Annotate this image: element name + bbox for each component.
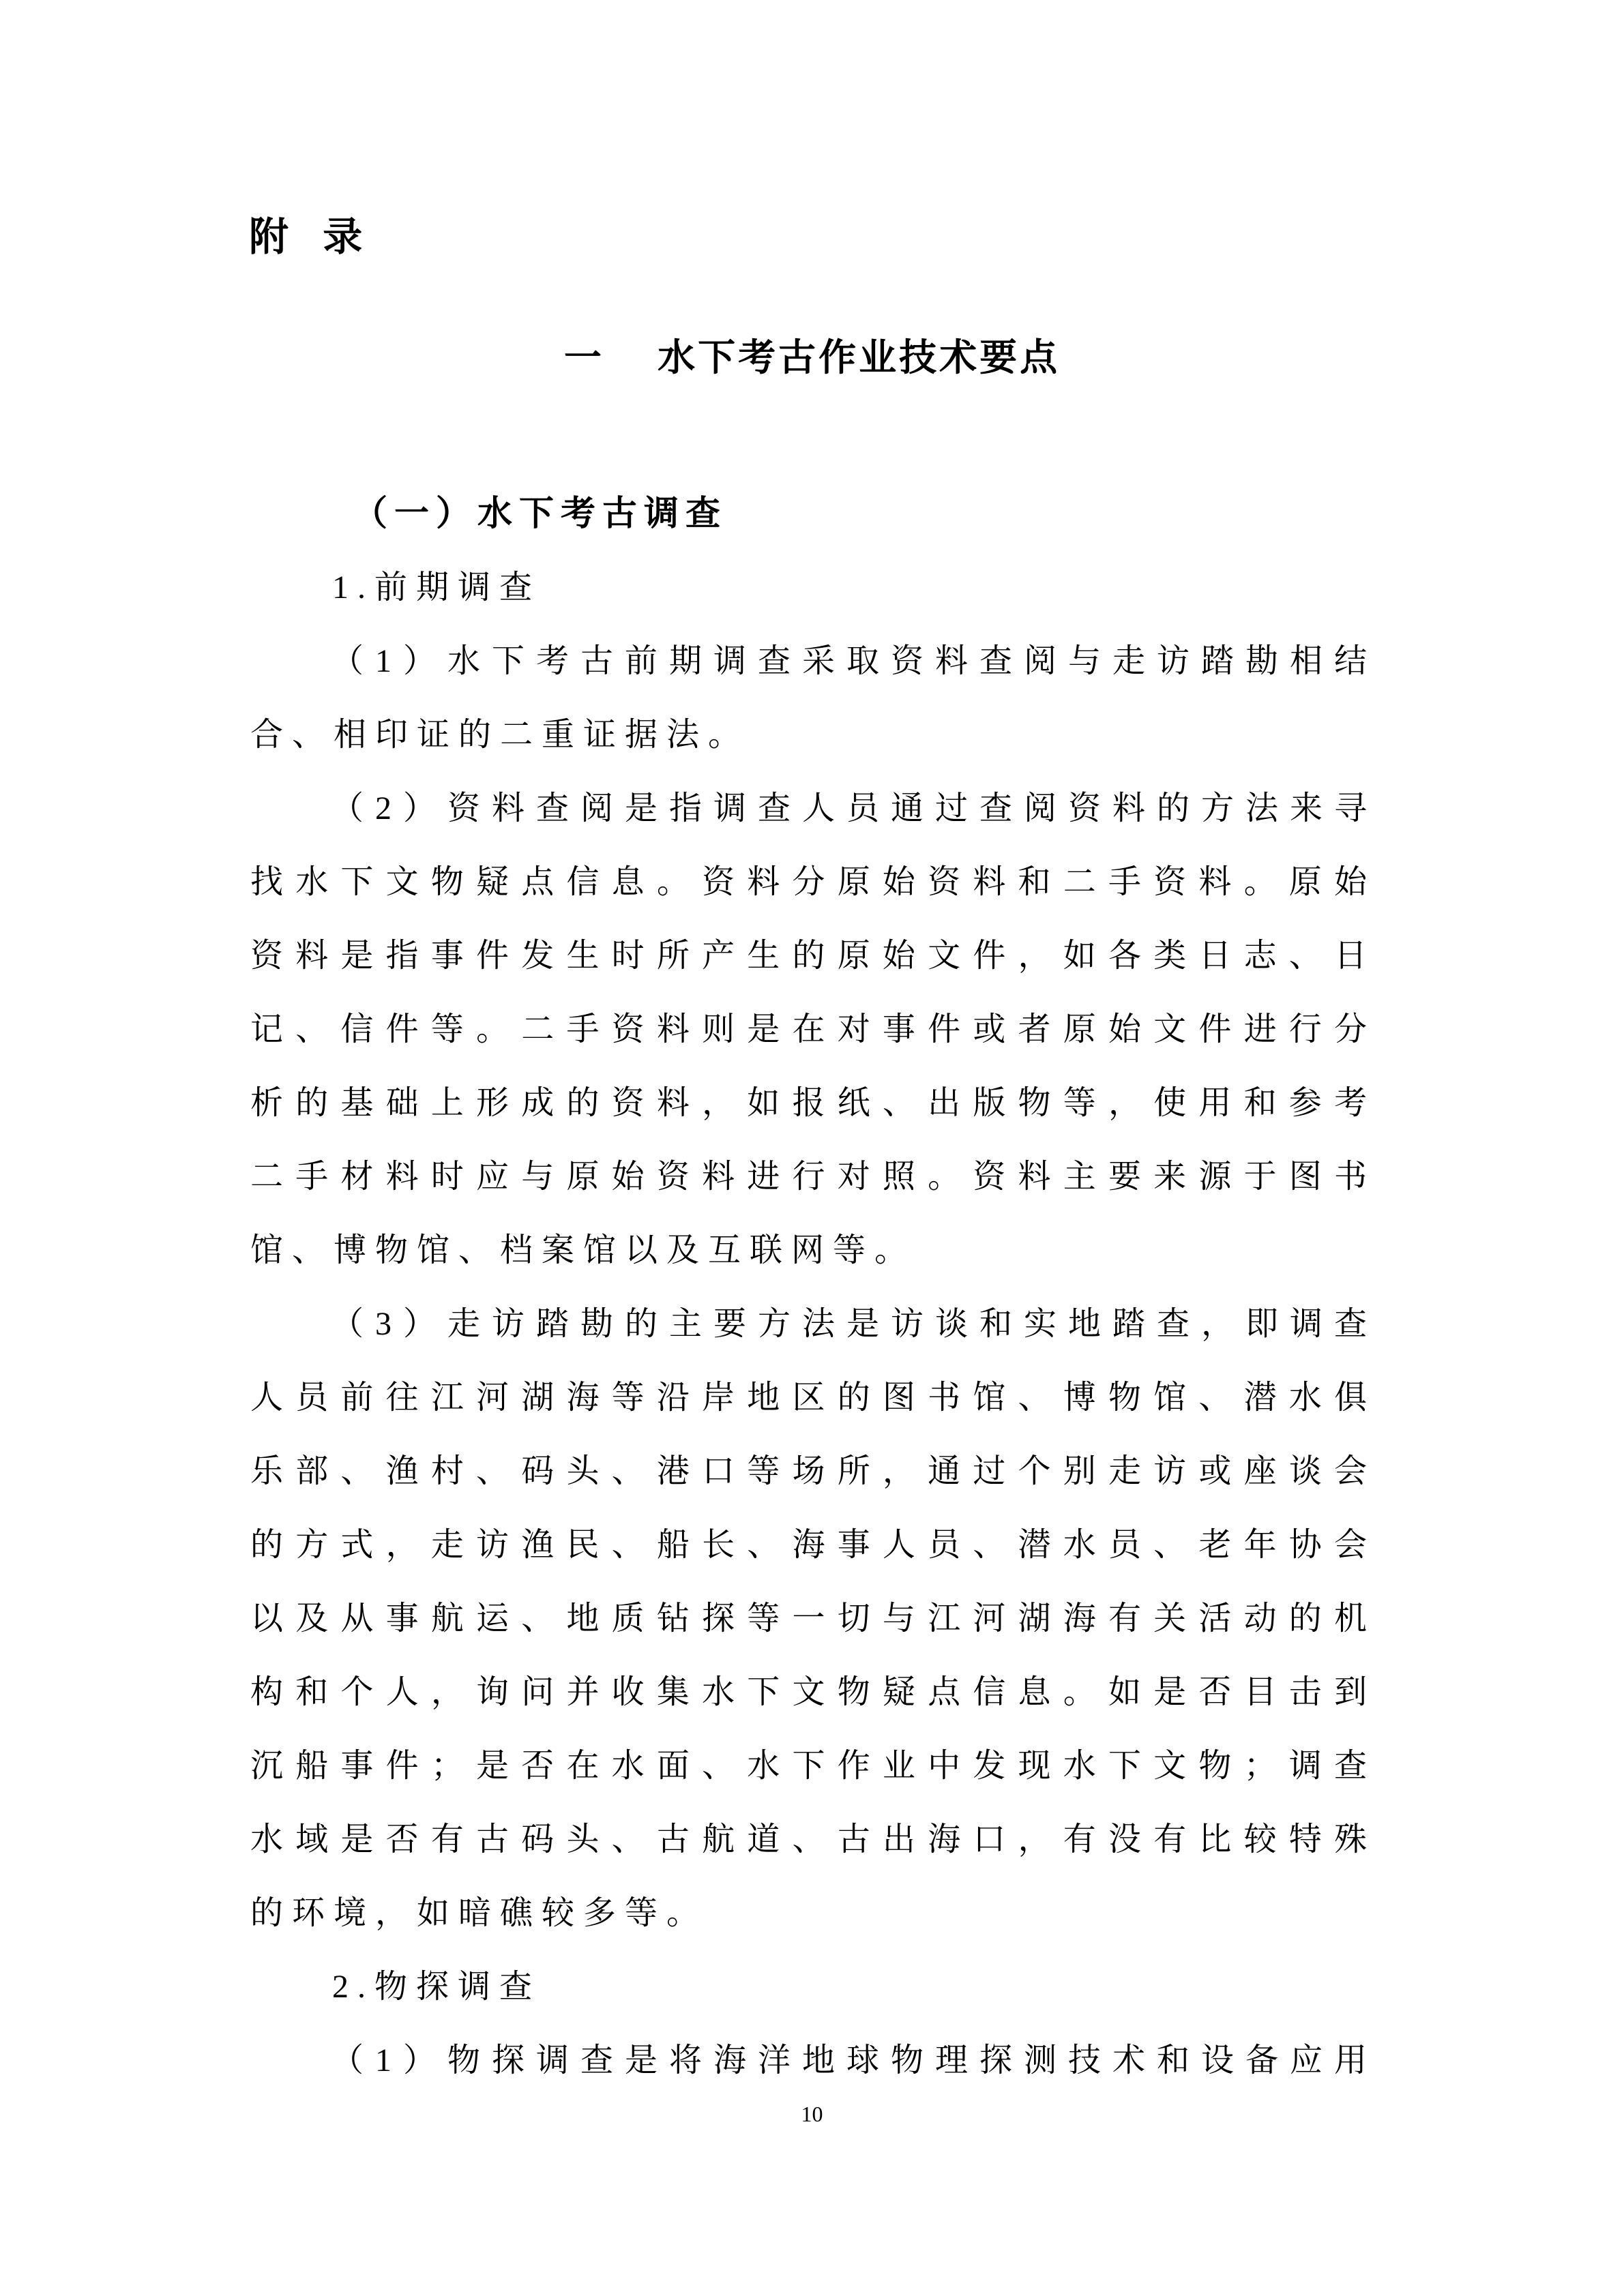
body-line: 资料是指事件发生时所产生的原始文件，如各类日志、日 xyxy=(250,919,1376,993)
subsection-heading-1: 1.前期调查 xyxy=(250,551,1376,625)
body-line: 找水下文物疑点信息。资料分原始资料和二手资料。原始 xyxy=(250,846,1376,919)
page-number: 10 xyxy=(0,2099,1624,2129)
body-line: （2）资料查阅是指调查人员通过查阅资料的方法来寻 xyxy=(250,772,1376,846)
body-line: （1）水下考古前期调查采取资料查阅与走访踏勘相结 xyxy=(250,625,1376,698)
body-line: 水域是否有古码头、古航道、古出海口，有没有比较特殊 xyxy=(250,1803,1376,1877)
document-page: 附 录 一 水下考古作业技术要点 （一）水下考古调查 1.前期调查 （1）水下考… xyxy=(0,0,1624,2296)
body-line: 构和个人，询问并收集水下文物疑点信息。如是否目击到 xyxy=(250,1656,1376,1729)
body-line: （3）走访踏勘的主要方法是访谈和实地踏查，即调查 xyxy=(250,1287,1376,1361)
body-line: 记、信件等。二手资料则是在对事件或者原始文件进行分 xyxy=(250,993,1376,1067)
subsection-heading-2: 2.物探调查 xyxy=(250,1950,1376,2024)
document-body: （一）水下考古调查 1.前期调查 （1）水下考古前期调查采取资料查阅与走访踏勘相… xyxy=(250,477,1376,2098)
body-line: 的方式，走访渔民、船长、海事人员、潜水员、老年协会 xyxy=(250,1508,1376,1582)
body-line: （1）物探调查是将海洋地球物理探测技术和设备应用 xyxy=(250,2024,1376,2098)
body-line: 合、相印证的二重证据法。 xyxy=(250,698,1376,772)
appendix-heading: 附 录 xyxy=(249,210,366,265)
body-line: 沉船事件；是否在水面、水下作业中发现水下文物；调查 xyxy=(250,1729,1376,1803)
document-title: 一 水下考古作业技术要点 xyxy=(0,331,1624,383)
section-heading: （一）水下考古调查 xyxy=(250,477,1376,551)
body-line: 馆、博物馆、档案馆以及互联网等。 xyxy=(250,1214,1376,1287)
body-line: 二手材料时应与原始资料进行对照。资料主要来源于图书 xyxy=(250,1140,1376,1214)
body-line: 的环境，如暗礁较多等。 xyxy=(250,1877,1376,1950)
body-line: 析的基础上形成的资料，如报纸、出版物等，使用和参考 xyxy=(250,1067,1376,1140)
body-line: 乐部、渔村、码头、港口等场所，通过个别走访或座谈会 xyxy=(250,1435,1376,1508)
body-line: 人员前往江河湖海等沿岸地区的图书馆、博物馆、潜水俱 xyxy=(250,1361,1376,1435)
body-line: 以及从事航运、地质钻探等一切与江河湖海有关活动的机 xyxy=(250,1582,1376,1656)
